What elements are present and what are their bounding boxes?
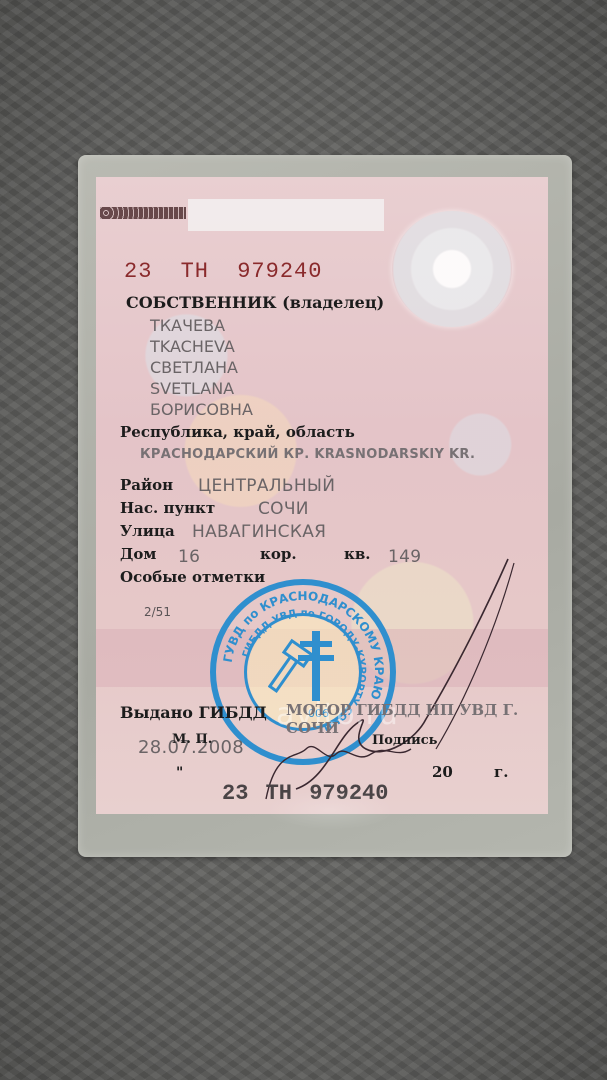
- owner-label: СОБСТВЕННИК (владелец): [126, 293, 384, 312]
- date-quote: ": [176, 765, 183, 781]
- district-label: Район: [120, 476, 173, 494]
- owner-line: ТКАЧЕВА: [150, 315, 253, 336]
- hologram-seal-icon: [392, 211, 512, 327]
- sleeve-glare: [265, 790, 395, 830]
- registration-certificate: 23 ТН 979240 СОБСТВЕННИК (владелец) ТКАЧ…: [96, 177, 548, 814]
- issued-by-label: Выдано ГИБДД: [120, 703, 267, 722]
- guilloche-pattern: [100, 207, 186, 219]
- owner-line: TKACHEVA: [150, 336, 253, 357]
- owner-line: БОРИСОВНА: [150, 399, 253, 420]
- special-notes-value: 2/51: [144, 605, 171, 619]
- district-value: ЦЕНТРАЛЬНЫЙ: [198, 476, 335, 496]
- serial-number-top: 23 ТН 979240: [124, 259, 322, 284]
- stamp-place-label: М. П.: [172, 732, 212, 747]
- owner-name: ТКАЧЕВА TKACHEVA СВЕТЛАНА SVETLANA БОРИС…: [150, 315, 253, 420]
- year-label: 20: [432, 763, 453, 781]
- town-value: СОЧИ: [258, 499, 309, 519]
- house-value: 16: [178, 547, 200, 567]
- house-label: Дом: [120, 545, 156, 563]
- region-label: Республика, край, область: [120, 423, 355, 441]
- street-label: Улица: [120, 522, 175, 540]
- blank-band: [188, 199, 384, 231]
- year-suffix: г.: [494, 763, 508, 781]
- region-value: КРАСНОДАРСКИЙ КР. KRASNODARSKIY KR.: [140, 447, 475, 462]
- town-label: Нас. пункт: [120, 499, 215, 517]
- issued-by-value: МОТОР ГИБДД НП УВД Г. СОЧИ: [286, 701, 548, 737]
- owner-line: СВЕТЛАНА: [150, 357, 253, 378]
- handwritten-signature: [236, 549, 526, 809]
- street-value: НАВАГИНСКАЯ: [192, 522, 326, 542]
- owner-line: SVETLANA: [150, 378, 253, 399]
- signature-label: Подпись: [372, 733, 438, 748]
